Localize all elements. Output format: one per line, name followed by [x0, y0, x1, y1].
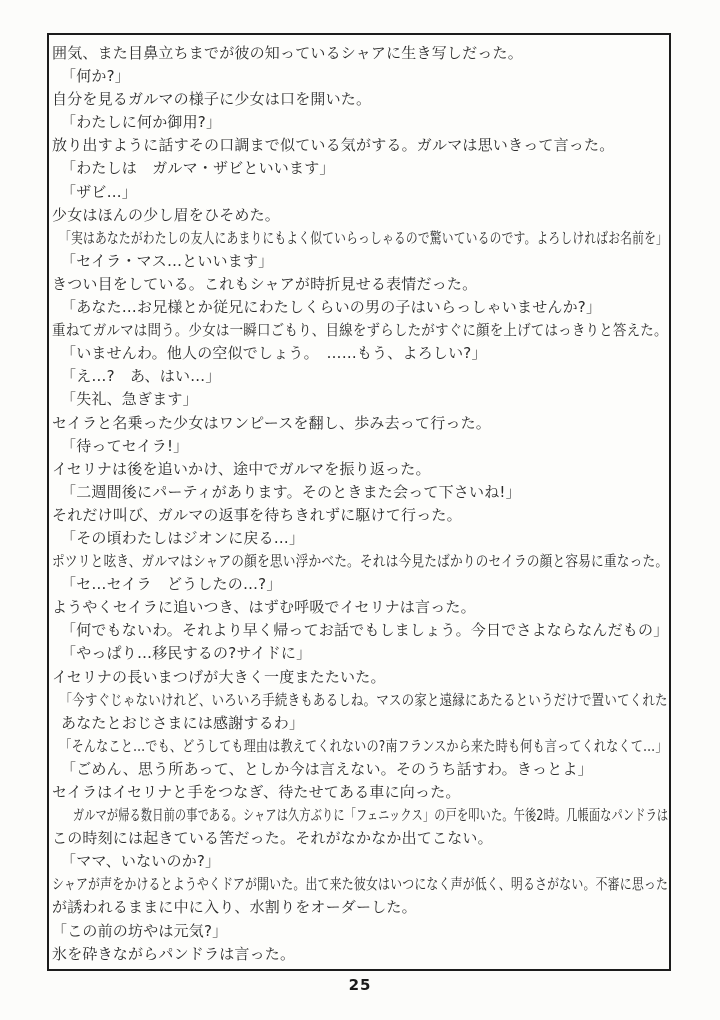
text-line: 「セ…セイラ どうしたの…?」: [52, 573, 667, 596]
text-line: 「そんなこと…でも、どうしても理由は教えてくれないの?南フランスから来た時も何も…: [52, 735, 549, 758]
text-line: 「わたしは ガルマ・ザビといいます」: [52, 157, 667, 180]
text-line: セイラと名乗った少女はワンピースを翻し、歩み去って行った。: [52, 412, 667, 435]
text-line: セイラはイセリナと手をつなぎ、待たせてある車に向った。: [52, 781, 667, 804]
text-line: 自分を見るガルマの様子に少女は口を開いた。: [52, 88, 667, 111]
text-line: 「何でもないわ。それより早く帰ってお話でもしましょう。今日でさよならなんだもの」: [52, 619, 667, 642]
text-line: イセリナは後を追いかけ、途中でガルマを振り返った。: [52, 458, 667, 481]
text-line: 「いませんわ。他人の空似でしょう。 ……もう、よろしい?」: [52, 342, 667, 365]
text-line: が誘われるままに中に入り、水割りをオーダーした。: [52, 896, 667, 919]
text-line: きつい目をしている。これもシャアが時折見せる表情だった。: [52, 273, 667, 296]
text-line: 「待ってセイラ!」: [52, 435, 667, 458]
text-line: 「セイラ・マス…といいます」: [52, 250, 667, 273]
text-line: 「やっぱり…移民するの?サイドに」: [52, 642, 667, 665]
page-number: 25: [0, 976, 720, 994]
text-line: 「ママ、いないのか?」: [52, 850, 667, 873]
text-line: 「この前の坊やは元気?」: [52, 920, 667, 943]
text-line: 「何か?」: [52, 65, 667, 88]
text-line: イセリナの長いまつげが大きく一度またたいた。: [52, 666, 667, 689]
text-line: 重ねてガルマは問う。少女は一瞬口ごもり、目線をずらしたがすぐに顔を上げてはっきり…: [52, 319, 606, 342]
text-line: シャアが声をかけるとようやくドアが開いた。出て来た彼女はいつになく声が低く、明る…: [52, 873, 541, 896]
text-line: 「ザビ…」: [52, 181, 667, 204]
text-line: 「わたしに何か御用?」: [52, 111, 667, 134]
text-line: 「え…? あ、はい…」: [52, 365, 667, 388]
text-line: この時刻には起きている筈だった。それがなかなか出てこない。: [52, 827, 667, 850]
text-line: あなたとおじさまには感謝するわ」: [52, 712, 667, 735]
text-line: 「あなた…お兄様とか従兄にわたしくらいの男の子はいらっしゃいませんか?」: [52, 296, 667, 319]
text-line: 「その頃わたしはジオンに戻る…」: [52, 527, 667, 550]
text-line: 放り出すように話すその口調まで似ている気がする。ガルマは思いきって言った。: [52, 134, 667, 157]
text-line: それだけ叫び、ガルマの返事を待ちきれずに駆けて行った。: [52, 504, 667, 527]
text-line: 「ごめん、思う所あって、としか今は言えない。そのうち話すわ。きっとよ」: [52, 758, 667, 781]
text-line: 囲気、また目鼻立ちまでが彼の知っているシャアに生き写しだった。: [52, 42, 667, 65]
text-line: 氷を砕きながらパンドラは言った。: [52, 943, 667, 966]
text-line: 「実はあなたがわたしの友人にあまりにもよく似ていらっしゃるので驚いているのです。…: [52, 227, 536, 250]
text-area: 囲気、また目鼻立ちまでが彼の知っているシャアに生き写しだった。「何か?」自分を見…: [49, 35, 669, 969]
text-line: 「今すぐじゃないけれど、いろいろ手続きもあるしね。マスの家と遠縁にあたるというだ…: [52, 689, 565, 712]
text-line: 「二週間後にパーティがあります。そのときまた会って下さいね!」: [52, 481, 667, 504]
text-line: ガルマが帰る数日前の事である。シャアは久方ぶりに「フェニックス」の戸を叩いた。午…: [52, 804, 511, 827]
page-frame: 囲気、また目鼻立ちまでが彼の知っているシャアに生き写しだった。「何か?」自分を見…: [47, 33, 671, 971]
text-line: 少女はほんの少し眉をひそめた。: [52, 204, 667, 227]
text-line: ようやくセイラに追いつき、はずむ呼吸でイセリナは言った。: [52, 596, 667, 619]
page: 囲気、また目鼻立ちまでが彼の知っているシャアに生き写しだった。「何か?」自分を見…: [0, 0, 720, 1020]
text-line: 「失礼、急ぎます」: [52, 388, 667, 411]
text-line: ポツリと呟き、ガルマはシャアの顔を思い浮かべた。それは今見たばかりのセイラの顔と…: [52, 550, 572, 573]
